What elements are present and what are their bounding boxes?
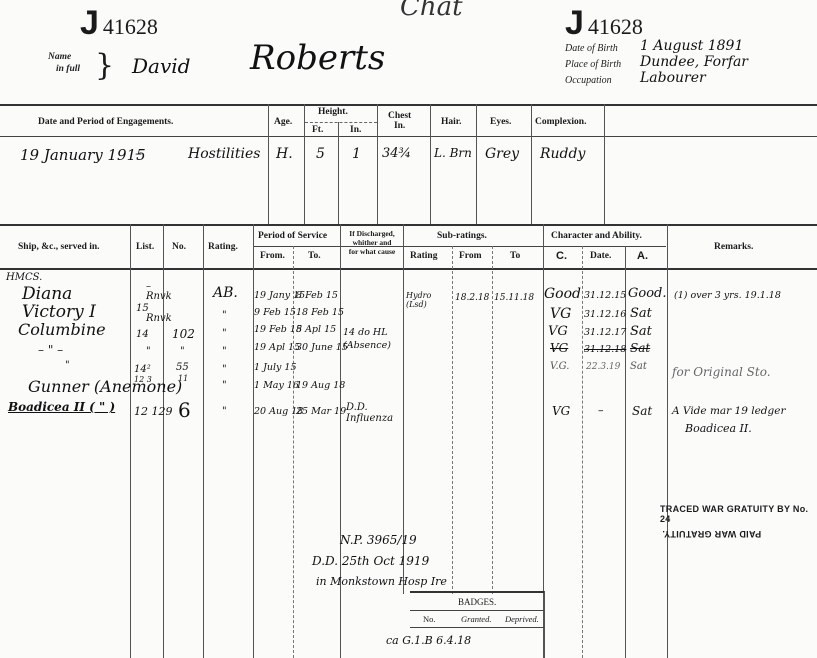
list-row-3: 14 <box>136 329 149 340</box>
header-sub-rating: Rating <box>410 251 437 261</box>
number-prefix-right: J <box>565 4 584 42</box>
rule-top <box>0 104 817 106</box>
ability-row-7: Sat <box>632 404 652 418</box>
list-row-4: " <box>146 346 151 357</box>
col-hair-left <box>430 104 431 224</box>
header-c: C. <box>556 250 567 262</box>
col-a-left <box>625 246 626 658</box>
badges-granted: Granted. <box>461 614 491 624</box>
header-discharged: If Discharged, whither and for what caus… <box>342 229 402 256</box>
rule-service-mid <box>254 246 666 247</box>
badges-mid-rule <box>410 610 544 611</box>
engagement-dash: – <box>135 146 142 162</box>
col-date-left <box>582 246 583 658</box>
no-row-2: Rnvk <box>146 313 172 324</box>
subrating-to: 15.11.18 <box>494 293 534 303</box>
badges-no: No. <box>423 614 436 624</box>
header-height: Height. <box>318 107 348 117</box>
header-from: From. <box>260 251 285 261</box>
ship-row-1: Diana <box>22 284 72 304</box>
header-chest: Chest In. <box>388 111 411 131</box>
col-subto-left <box>492 246 493 594</box>
col-in-left <box>338 122 339 224</box>
number-prefix: J <box>80 4 99 42</box>
to-row-1: 8 Feb 15 <box>296 290 338 301</box>
eyes-value: Grey <box>485 146 519 162</box>
header-a: A. <box>637 250 648 262</box>
badges-bottom-rule <box>410 627 544 628</box>
no-row-7: 6 <box>178 398 191 422</box>
list-row-7: 12 129 <box>134 405 173 418</box>
discharged-row-7: D.D. Influenza <box>346 402 402 424</box>
col-eyes-left <box>476 104 477 224</box>
list-row-5: 14² <box>134 364 151 375</box>
rating-row-2: " <box>222 310 227 321</box>
character-row-3: VG <box>548 324 568 339</box>
character-row-5: V.G. <box>550 361 569 372</box>
dob-label: Date of Birth <box>565 43 618 54</box>
col-complexion-left <box>531 104 532 224</box>
rating-row-4: " <box>222 346 227 357</box>
badges-entry: ca G.1.B 6.4.18 <box>386 634 471 647</box>
badges-top-rule <box>410 591 544 593</box>
col-list-left <box>130 224 131 658</box>
to-row-4: 30 June 15 <box>296 342 348 353</box>
pob-label: Place of Birth <box>565 59 621 70</box>
chest-value: 34¾ <box>382 146 411 161</box>
pob-value: Dundee, Forfar <box>640 54 748 70</box>
header-complexion: Complexion. <box>535 117 586 127</box>
rule-height-split <box>305 122 377 123</box>
header-chest-line2: In. <box>388 121 411 131</box>
header-date: Date. <box>590 251 611 261</box>
col-rating-left <box>203 224 204 658</box>
age-value: H. <box>276 146 293 162</box>
col-discharged-left <box>340 224 341 658</box>
header-remarks: Remarks. <box>714 242 753 252</box>
from-row-4: 19 Apl 15 <box>254 342 300 353</box>
header-period: Period of Service <box>258 231 327 241</box>
to-row-2: 18 Feb 15 <box>296 307 344 318</box>
hair-value: L. Brn <box>434 146 472 160</box>
col-chest-left <box>377 104 378 224</box>
date-row-2: 31.12.16 <box>584 309 626 320</box>
character-row-4: VG <box>550 341 568 355</box>
header-hair: Hair. <box>441 117 462 127</box>
height-in-value: 1 <box>352 146 361 162</box>
remark-4: Boadicea II. <box>685 422 752 435</box>
no-row-5: 55 <box>176 362 189 373</box>
date-row-4: 31.12.18 <box>584 344 626 355</box>
from-row-5: 1 July 15 <box>254 362 297 373</box>
rating-row-7: " <box>222 406 227 417</box>
ship-prefix: HMCS. <box>6 272 42 283</box>
ship-row-5: " <box>65 360 70 371</box>
ability-row-2: Sat <box>630 306 652 321</box>
top-stamp: Chat <box>400 0 463 22</box>
to-row-7: 25 Mar 19 <box>296 406 346 417</box>
no-row-1: Rnvk <box>146 291 172 302</box>
stamp-paid-gratuity-text: PAID WAR GRATUITY. <box>662 529 761 539</box>
header-ship: Ship, &c., served in. <box>18 242 100 252</box>
ability-row-3: Sat <box>630 324 652 339</box>
dob-value: 1 August 1891 <box>640 38 743 54</box>
header-subratings: Sub-ratings. <box>437 231 487 241</box>
official-number-right-value: 41628 <box>588 14 643 39</box>
rating-row-3: " <box>222 328 227 339</box>
col-height-left <box>304 104 305 224</box>
header-sub-to: To <box>510 251 520 261</box>
ship-row-4: – " – <box>38 343 63 357</box>
ability-row-5: Sat <box>630 361 647 372</box>
ship-row-3: Columbine <box>18 320 106 339</box>
date-row-3: 31.12.17 <box>584 327 626 338</box>
no-row-3: 102 <box>172 327 195 341</box>
name-label-line2: in full <box>56 64 80 74</box>
remark-1: (1) over 3 yrs. 19.1.18 <box>674 290 781 301</box>
remark-3: A Vide mar 19 ledger <box>672 405 785 417</box>
header-chest-line1: Chest <box>388 111 411 121</box>
col-age-left <box>268 104 269 224</box>
name-label: Name in full <box>48 52 80 74</box>
from-row-3: 19 Feb 15 <box>254 324 302 335</box>
character-row-7: VG <box>552 404 570 418</box>
col-subfrom-left <box>452 246 453 594</box>
header-rating: Rating. <box>208 242 238 252</box>
from-row-6: 1 May 16 <box>254 380 299 391</box>
stamp-traced-gratuity: TRACED WAR GRATUITY BY No. 24 <box>660 504 817 524</box>
from-row-2: 9 Feb 15 <box>254 307 296 318</box>
date-row-5: 22.3.19 <box>586 362 620 372</box>
subrating-from: 18.2.18 <box>455 293 489 303</box>
header-no: No. <box>172 242 186 252</box>
official-number-left: J 41628 <box>80 6 158 40</box>
rating-row-5: " <box>222 364 227 375</box>
header-sub-from: From <box>459 251 482 261</box>
to-row-3: 8 Apl 15 <box>296 324 336 335</box>
ship-row-6: Gunner (Anemone) <box>28 377 182 396</box>
name-label-line1: Name <box>48 52 80 62</box>
bottom-note-1: N.P. 3965/19 <box>340 533 417 547</box>
header-discharged-line3: for what cause <box>342 247 402 256</box>
rule-service-header <box>0 268 817 270</box>
complexion-value: Ruddy <box>540 146 585 162</box>
header-age: Age. <box>274 117 292 127</box>
character-row-1: Good <box>544 286 581 302</box>
to-row-6: 19 Aug 18 <box>296 380 345 391</box>
occupation-label: Occupation <box>565 75 612 86</box>
remark-2: for Original Sto. <box>672 365 771 379</box>
header-in: In. <box>350 125 361 135</box>
stamp-paid-gratuity: PAID WAR GRATUITY. <box>662 529 761 539</box>
surname: Roberts <box>250 38 385 78</box>
rule-desc-bottom <box>0 224 817 226</box>
header-list: List. <box>136 242 154 252</box>
badges-title: BADGES. <box>458 597 496 607</box>
no-row-4: " <box>180 346 185 357</box>
ship-row-2: Victory I <box>22 302 96 322</box>
date-row-1: 31.12.15 <box>584 290 626 301</box>
bottom-note-2: D.D. 25th Oct 1919 <box>312 554 429 568</box>
name-brace: } <box>95 48 114 83</box>
date-row-7: – <box>598 404 604 417</box>
header-discharged-line1: If Discharged, <box>342 229 402 238</box>
rating-row-1: AB. <box>213 285 238 301</box>
discharged-row-3: 14 do HL (Absence) <box>343 326 401 352</box>
badges-deprived: Deprived. <box>505 614 539 624</box>
no-row-6: 11 <box>178 374 188 383</box>
col-no-left <box>163 224 164 658</box>
header-engagement: Date and Period of Engagements. <box>38 117 173 127</box>
engagement-period: Hostilities <box>188 146 260 162</box>
rating-row-6: " <box>222 380 227 391</box>
height-ft-value: 5 <box>316 146 325 162</box>
list-row-6: 12 3 <box>134 375 152 384</box>
engagement-date: 19 January 1915 <box>20 146 146 164</box>
ability-row-1: Good. <box>628 286 667 301</box>
col-remarks-left <box>667 224 668 658</box>
header-character: Character and Ability. <box>551 231 642 241</box>
header-to: To. <box>308 251 321 261</box>
occupation-value: Labourer <box>640 70 706 86</box>
official-number-right: J 41628 <box>565 6 643 40</box>
official-number: 41628 <box>103 14 158 39</box>
bottom-note-3: in Monkstown Hosp Ire <box>316 575 447 588</box>
header-eyes: Eyes. <box>490 117 511 127</box>
badges-right-rule <box>544 591 545 658</box>
ability-row-4: Sat <box>630 341 650 355</box>
header-discharged-line2: whither and <box>342 238 402 247</box>
subrating-value: Hydro (Lsd) <box>406 291 452 309</box>
rule-desc-header <box>0 136 817 137</box>
header-ft: Ft. <box>312 125 323 135</box>
first-name: David <box>132 54 190 78</box>
col-complexion-right <box>604 104 605 224</box>
character-row-2: VG <box>550 306 571 322</box>
ship-row-7: Boadicea II ( " ) <box>8 400 115 414</box>
